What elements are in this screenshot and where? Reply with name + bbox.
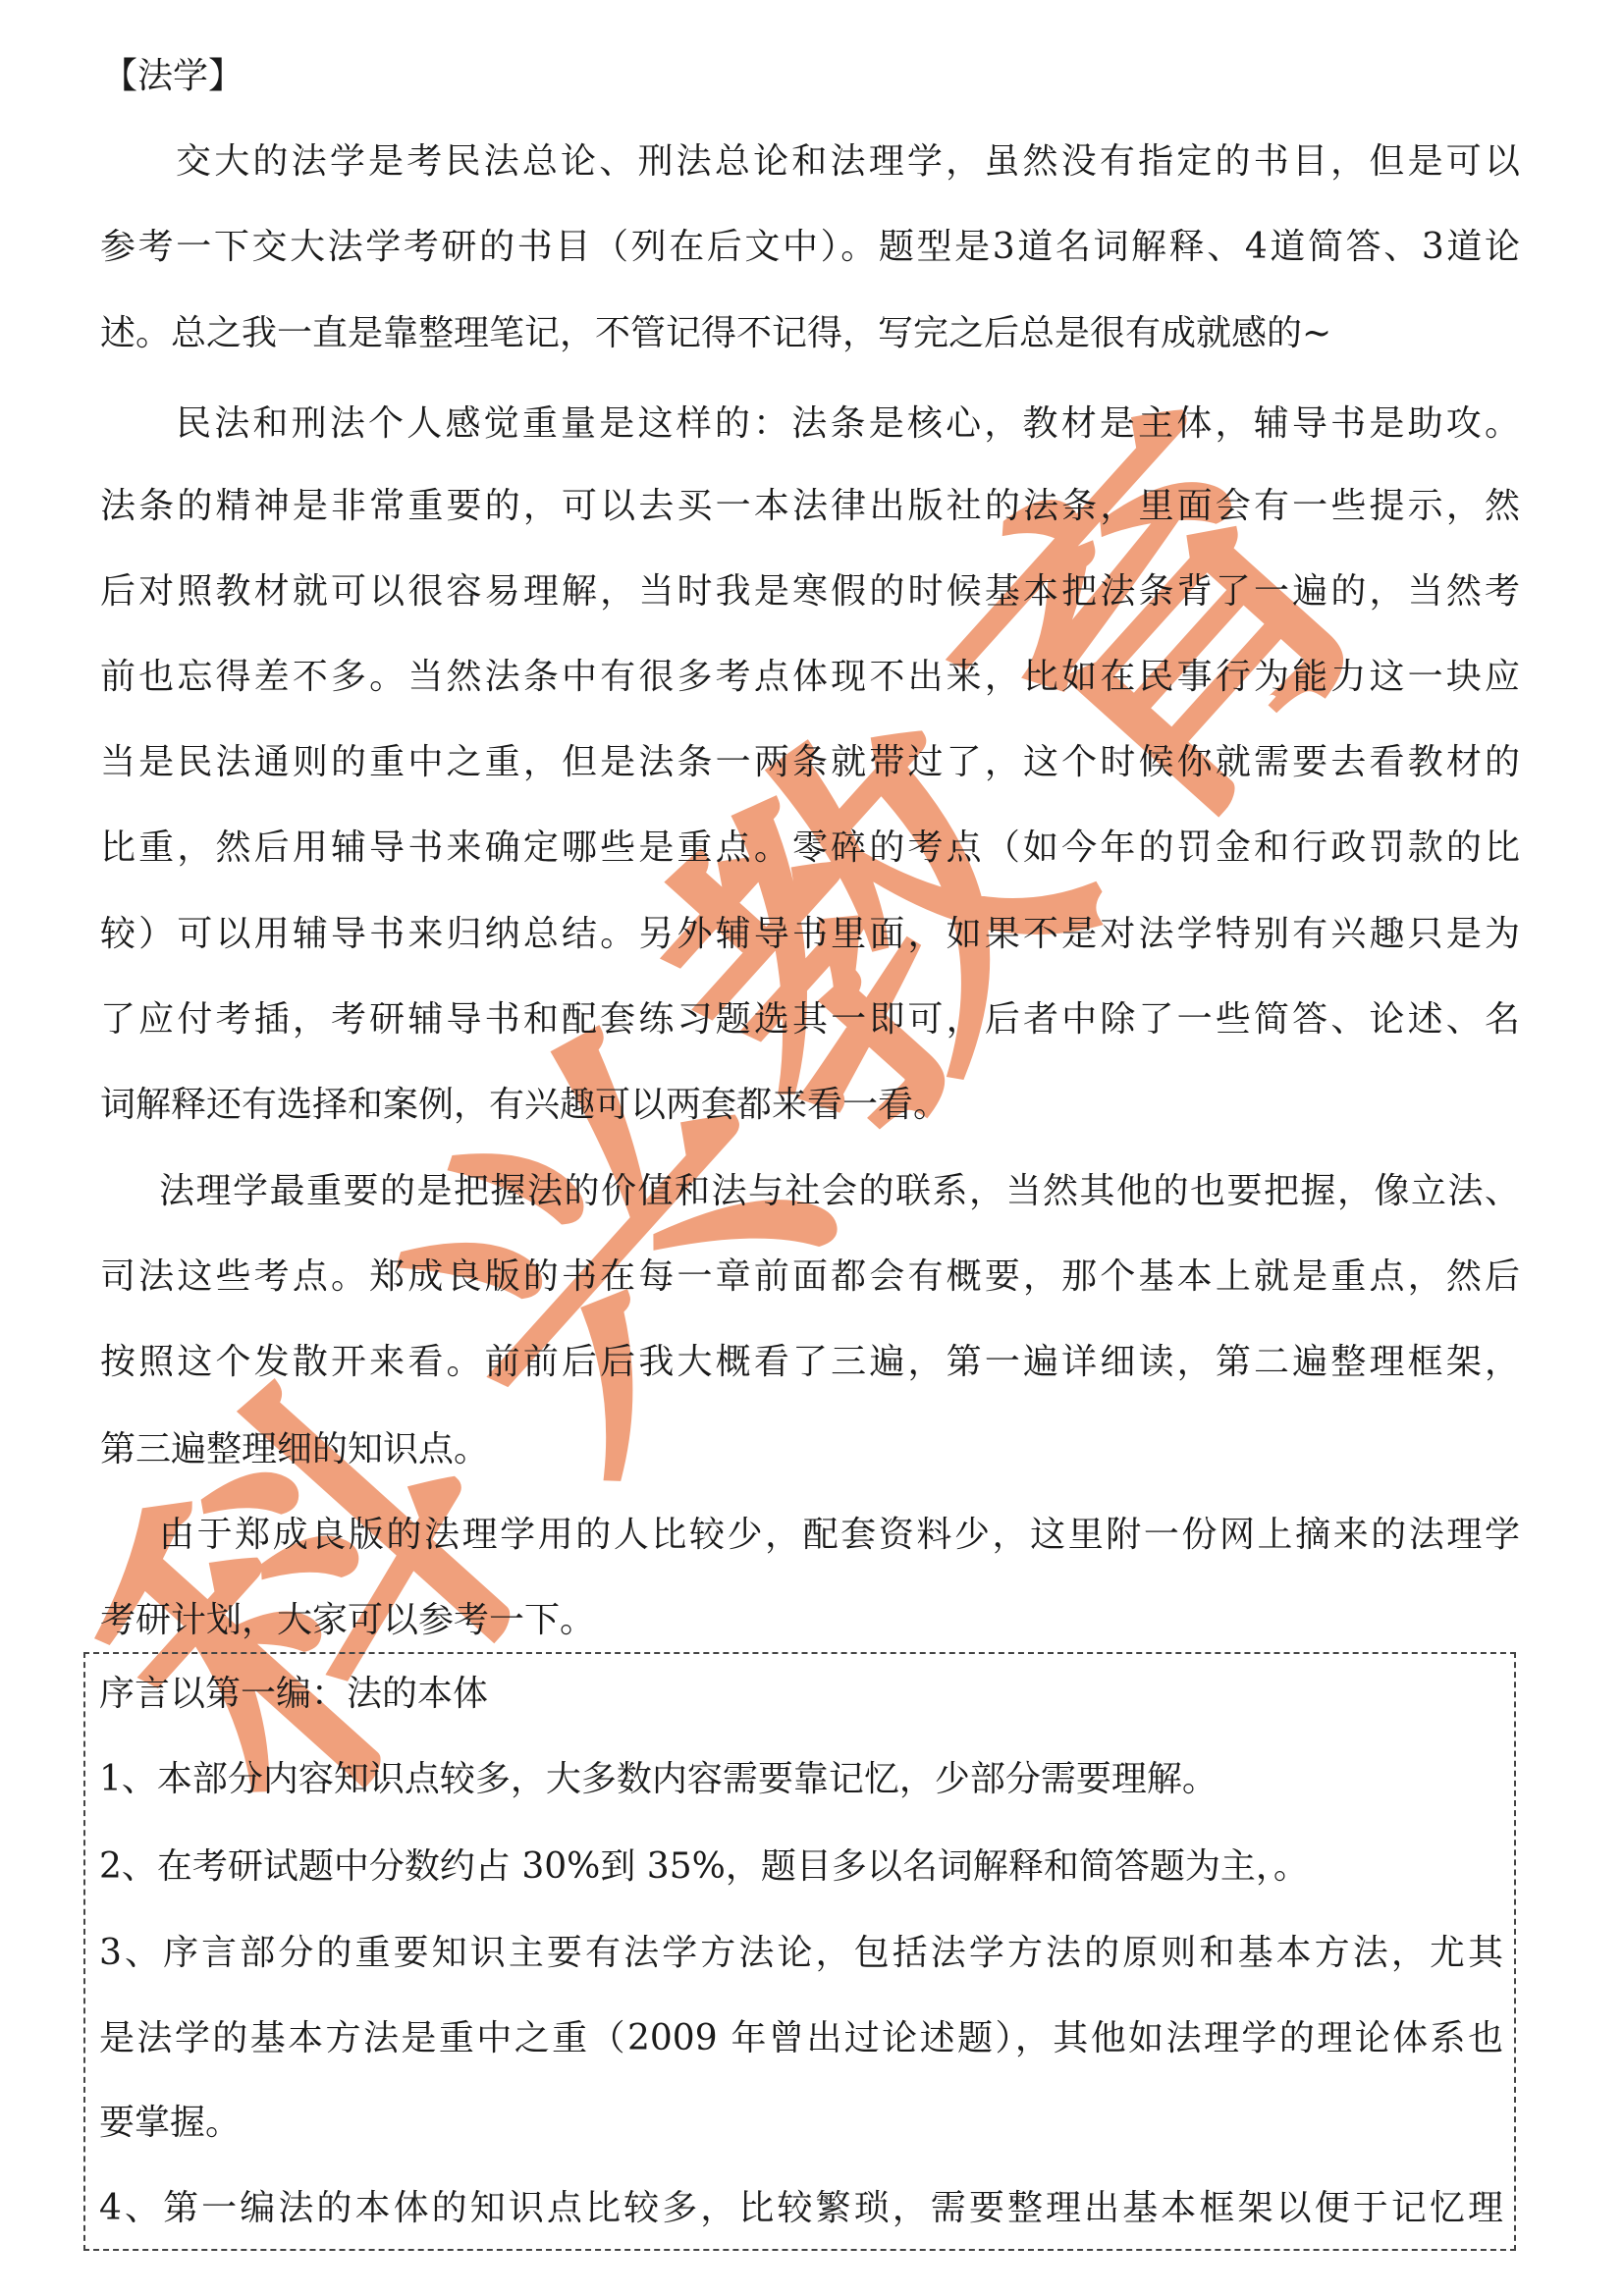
section-title: 【法学】 <box>102 55 244 98</box>
paragraph-line: 前也忘得差不多。当然法条中有很多考点体现不出来，比如在民事行为能力这一块应 <box>100 656 1520 699</box>
box-line: 是法学的基本方法是重中之重（2009 年曾出过论述题），其他如法理学的理论体系也 <box>99 2017 1503 2060</box>
box-heading: 序言以第一编：法的本体 <box>99 1673 1503 1716</box>
study-plan-box: 序言以第一编：法的本体 1、本部分内容知识点较多，大多数内容需要靠记忆，少部分需… <box>83 1652 1516 2251</box>
paragraph-line: 词解释还有选择和案例，有兴趣可以两套都来看一看。 <box>100 1084 1520 1127</box>
box-line: 3、序言部分的重要知识主要有法学方法论，包括法学方法的原则和基本方法，尤其 <box>99 1932 1503 1975</box>
paragraph-line: 按照这个发散开来看。前前后后我大概看了三遍，第一遍详细读，第二遍整理框架， <box>100 1341 1520 1384</box>
document-page: 【法学】 交大的法学是考民法总论、刑法总论和法理学，虽然没有指定的书目，但是可以… <box>0 0 1624 2296</box>
paragraph-line: 了应付考插，考研辅导书和配套练习题选其一即可，后者中除了一些简答、论述、名 <box>100 998 1520 1041</box>
paragraph-line: 由于郑成良版的法理学用的人比较少，配套资料少，这里附一份网上摘来的法理学 <box>159 1514 1520 1557</box>
paragraph-line: 当是民法通则的重中之重，但是法条一两条就带过了，这个时候你就需要去看教材的 <box>100 741 1520 784</box>
paragraph-line: 交大的法学是考民法总论、刑法总论和法理学，虽然没有指定的书目，但是可以 <box>176 140 1520 184</box>
paragraph-line: 法理学最重要的是把握法的价值和法与社会的联系，当然其他的也要把握，像立法、 <box>159 1170 1520 1213</box>
paragraph-line: 参考一下交大法学考研的书目（列在后文中）。题型是3道名词解释、4道简答、3道论 <box>100 226 1520 269</box>
paragraph-line: 司法这些考点。郑成良版的书在每一章前面都会有概要，那个基本上就是重点，然后 <box>100 1255 1520 1299</box>
paragraph-line: 比重，然后用辅导书来确定哪些是重点。零碎的考点（如今年的罚金和行政罚款的比 <box>100 827 1520 870</box>
paragraph-line: 民法和刑法个人感觉重量是这样的：法条是核心，教材是主体，辅导书是助攻。 <box>176 402 1520 446</box>
paragraph-line: 考研计划，大家可以参考一下。 <box>100 1599 1520 1642</box>
box-line: 1、本部分内容知识点较多，大多数内容需要靠记忆，少部分需要理解。 <box>99 1758 1503 1801</box>
box-line: 要掌握。 <box>99 2102 1503 2145</box>
paragraph-line: 法条的精神是非常重要的，可以去买一本法律出版社的法条，里面会有一些提示，然 <box>100 485 1520 528</box>
box-line: 2、在考研试题中分数约占 30%到 35%，题目多以名词解释和简答题为主，。 <box>99 1845 1503 1889</box>
paragraph-line: 后对照教材就可以很容易理解，当时我是寒假的时候基本把法条背了一遍的，当然考 <box>100 570 1520 614</box>
paragraph-line: 第三遍整理细的知识点。 <box>100 1428 1520 1471</box>
box-line: 4、第一编法的本体的知识点比较多，比较繁琐，需要整理出基本框架以便于记忆理 <box>99 2187 1503 2230</box>
paragraph-line: 述。总之我一直是靠整理笔记，不管记得不记得，写完之后总是很有成就感的~ <box>100 312 1520 355</box>
paragraph-line: 较）可以用辅导书来归纳总结。另外辅导书里面，如果不是对法学特别有兴趣只是为 <box>100 913 1520 956</box>
